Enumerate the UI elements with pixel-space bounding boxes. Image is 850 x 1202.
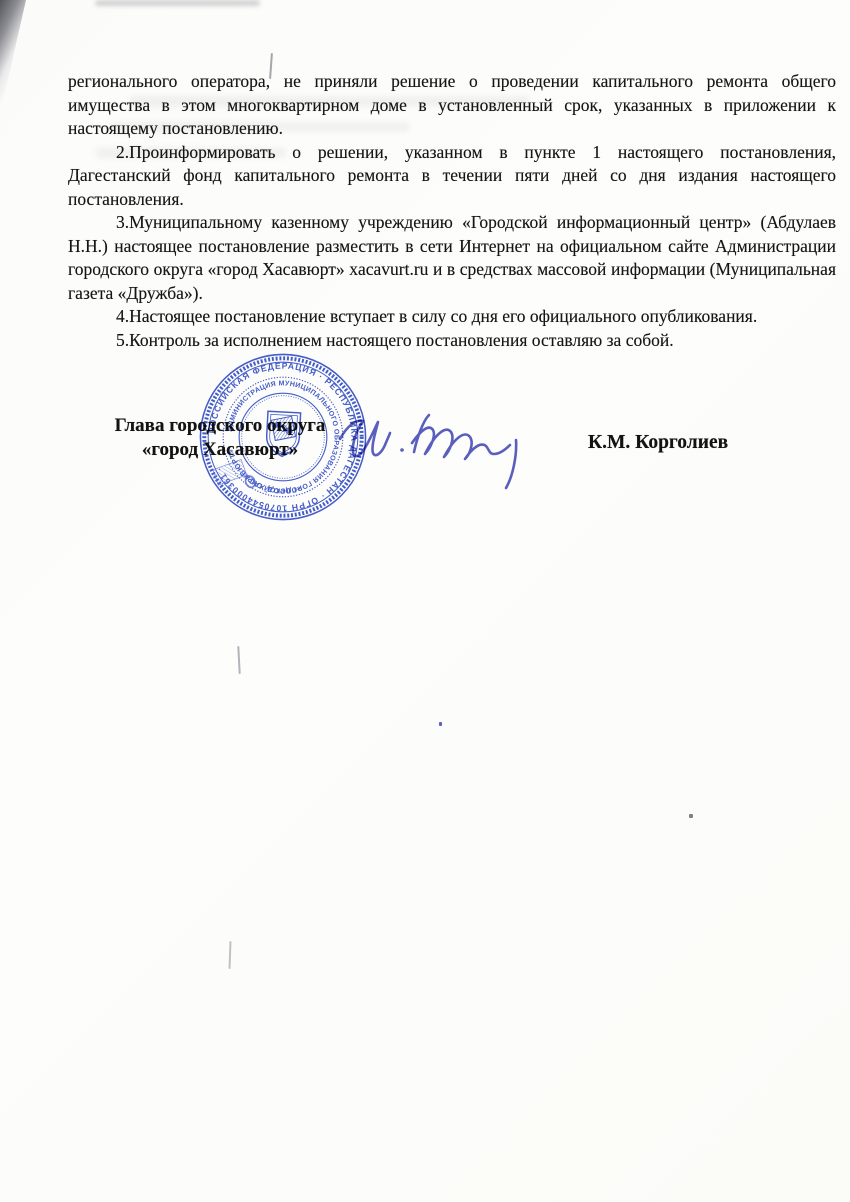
paragraph-item-4: 4.Настоящее постановление вступает в сил… (68, 305, 836, 329)
signer-name: К.М. Корголиев (588, 432, 788, 454)
scan-smudge (95, 0, 260, 6)
paragraph-item-3: 3.Муниципальному казенному учреждению «Г… (68, 211, 836, 305)
speck-artifact (689, 814, 693, 818)
handwritten-signature (330, 393, 570, 508)
paragraph-item-5: 5.Контроль за исполнением настоящего пос… (68, 329, 836, 353)
paragraph-item-2: 2.Проинформировать о решении, указанном … (68, 141, 836, 212)
scan-corner-artifact (0, 0, 30, 115)
document-text-block: регионального оператора, не приняли реше… (68, 70, 836, 352)
paragraph-continuation: регионального оператора, не приняли реше… (68, 70, 836, 141)
pen-stroke-artifact (229, 941, 232, 969)
ink-dot-artifact (439, 722, 442, 726)
document-page: регионального оператора, не приняли реше… (0, 0, 850, 1202)
pen-stroke-artifact (237, 646, 240, 674)
signature-ink-graphic (330, 393, 570, 508)
